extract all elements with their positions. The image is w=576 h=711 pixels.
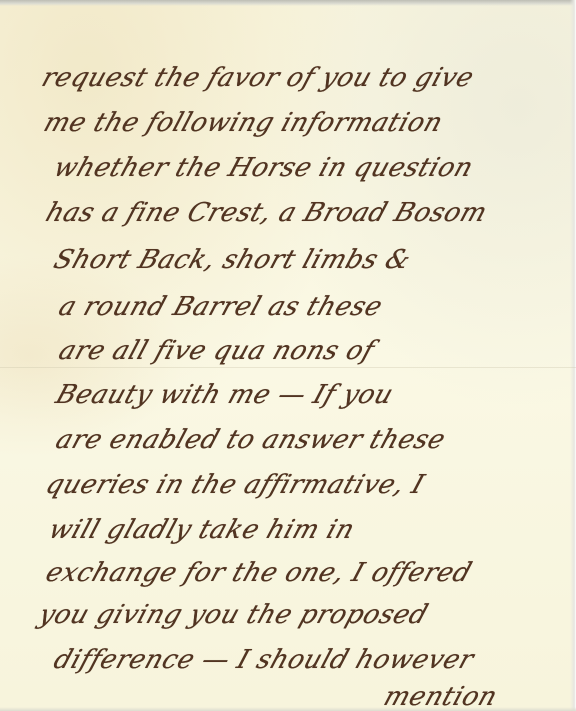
text-line-1: request the favor of you to give bbox=[38, 63, 478, 93]
text-line-3: whether the Horse in question bbox=[50, 153, 477, 183]
handwritten-text-block: request the favor of you to give me the … bbox=[0, 0, 576, 711]
text-line-4: has a fine Crest, a Broad Bosom bbox=[42, 198, 491, 228]
text-line-5: Short Back, short limbs & bbox=[50, 245, 415, 275]
text-line-6: a round Barrel as these bbox=[55, 292, 386, 322]
text-line-10: queries in the affirmative, I bbox=[42, 470, 428, 500]
letter-page: request the favor of you to give me the … bbox=[0, 0, 576, 711]
text-line-13: you giving you the proposed bbox=[35, 600, 432, 630]
catchword-line: mention bbox=[380, 682, 501, 711]
text-line-7: are all five qua nons of bbox=[55, 336, 378, 366]
text-line-8: Beauty with me — If you bbox=[52, 380, 397, 410]
text-line-12: exchange for the one, I offered bbox=[42, 558, 476, 588]
text-line-9: are enabled to answer these bbox=[52, 425, 449, 455]
text-line-11: will gladly take him in bbox=[45, 515, 358, 545]
text-line-14: difference — I should however bbox=[50, 645, 478, 675]
text-line-2: me the following information bbox=[40, 108, 447, 138]
